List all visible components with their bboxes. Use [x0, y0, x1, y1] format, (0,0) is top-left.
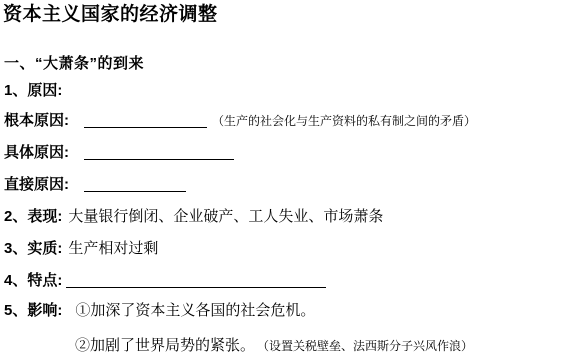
- essence-label: 3、实质:: [4, 240, 62, 257]
- manifestation-line: 2、表现:大量银行倒闭、企业破产、工人失业、市场萧条: [4, 208, 383, 226]
- direct-cause-blank-line: [84, 177, 186, 192]
- impact-line-2: ②加剧了世界局势的紧张。（设置关税壁垒、法西斯分子兴风作浪）: [75, 337, 473, 355]
- root-cause-note: （生产的社会化与生产资料的私有制之间的矛盾）: [212, 114, 476, 128]
- impact-item-2-note: （设置关税壁垒、法西斯分子兴风作浪）: [263, 339, 473, 353]
- impact-line-1: 5、影响:①加深了资本主义各国的社会危机。: [4, 302, 315, 320]
- specific-cause-label: 具体原因:: [4, 144, 69, 161]
- manifestation-label: 2、表现:: [4, 208, 62, 225]
- root-cause-line: 根本原因:（生产的社会化与生产资料的私有制之间的矛盾）: [4, 112, 476, 130]
- impact-item-1: ①加深了资本主义各国的社会危机。: [75, 302, 315, 319]
- section-heading: 一、“大萧条”的到来: [4, 55, 144, 73]
- features-blank-line: [66, 273, 326, 288]
- direct-cause-line: 直接原因:: [4, 176, 186, 194]
- root-cause-label: 根本原因:: [4, 112, 69, 129]
- specific-cause-blank-line: [84, 145, 234, 160]
- features-label: 4、特点:: [4, 272, 62, 289]
- root-cause-blank-line: [84, 113, 207, 128]
- direct-cause-label: 直接原因:: [4, 176, 69, 193]
- causes-label: 1、原因:: [4, 82, 62, 99]
- document-page: 资本主义国家的经济调整 一、“大萧条”的到来 1、原因: 根本原因:（生产的社会…: [0, 0, 566, 362]
- essence-text: 生产相对过剩: [68, 240, 158, 257]
- impact-item-2: ②加剧了世界局势的紧张。: [75, 337, 255, 354]
- specific-cause-line: 具体原因:: [4, 144, 234, 162]
- features-line: 4、特点:: [4, 272, 326, 290]
- essence-line: 3、实质:生产相对过剩: [4, 240, 158, 258]
- manifestation-text: 大量银行倒闭、企业破产、工人失业、市场萧条: [68, 208, 383, 225]
- page-title: 资本主义国家的经济调整: [3, 4, 218, 26]
- impact-label: 5、影响:: [4, 302, 62, 319]
- causes-line: 1、原因:: [4, 82, 62, 100]
